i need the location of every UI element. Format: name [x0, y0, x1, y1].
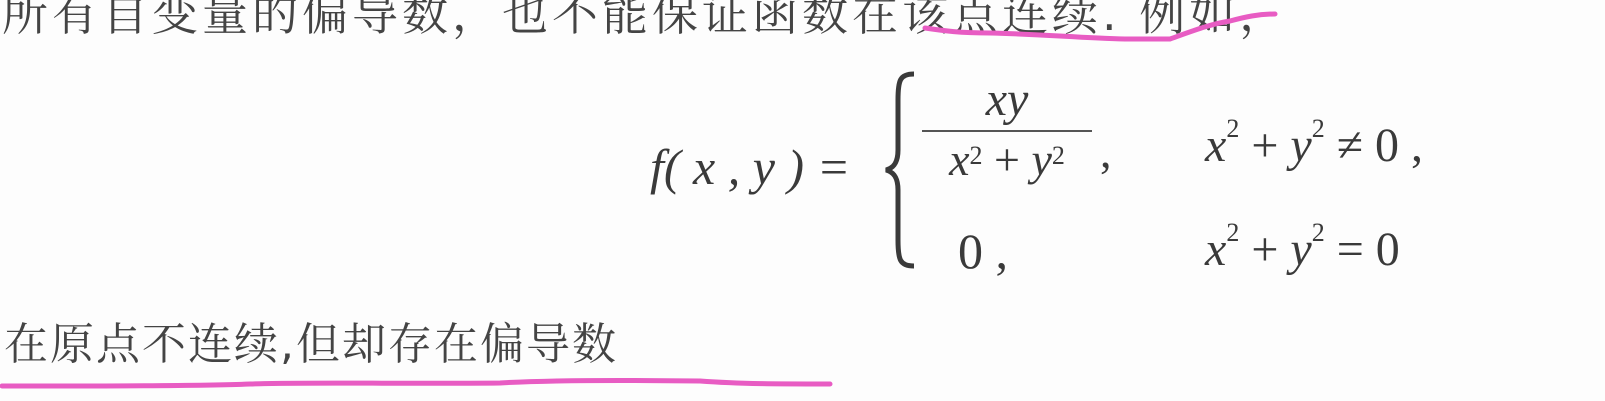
fraction-numerator: xy [918, 72, 1096, 128]
case2-value: 0 , [958, 222, 1008, 280]
left-brace-icon [880, 70, 920, 270]
paragraph-line-1: 所有自变量的偏导数，也不能保证函数在该点连续. 例如， [2, 0, 1289, 44]
case2-condition: x2 + y2 = 0 [1205, 222, 1400, 277]
fraction-denominator: x2 + y2 [918, 132, 1096, 188]
underline-2 [2, 380, 830, 386]
paragraph-line-3: 在原点不连续,但却存在偏导数 [4, 308, 618, 372]
case1-separator: , [1100, 125, 1112, 178]
fraction: xy x2 + y2 [918, 72, 1096, 188]
case1-condition: x2 + y2 ≠ 0 , [1205, 118, 1423, 173]
formula-lhs: f( x , y ) = [650, 138, 850, 196]
